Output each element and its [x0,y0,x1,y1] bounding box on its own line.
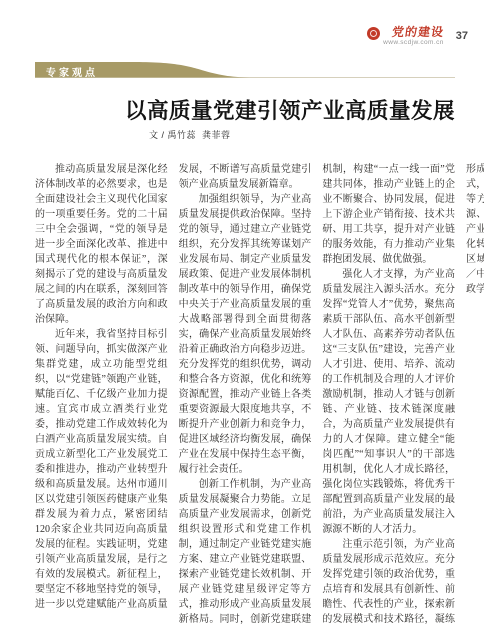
article-title: 以高质量党建引领产业高质量发展 [35,94,455,125]
magazine-seal-icon [367,27,380,40]
section-tag-label: 专家观点 [46,64,98,79]
article-byline: 文 / 禹竹蕊 龚菲蓉 [149,128,231,141]
section-ribbon: 专家观点 [35,62,455,80]
magazine-page: 党的建设 www.scdjw.com.cn 37 专家观点 以高质量党建引领产业… [0,0,484,640]
magazine-logo-title: 党的建设 [391,26,445,38]
page-number: 37 [456,30,468,42]
article-body: 推动高质量发展是深化经济体制改革的必然要求，也是全面建设社会主义现代化国家的一项… [35,162,455,634]
paragraph: 加强组织领导，为产业高质量发展提供政治保障。坚持党的领导，通过建立产业链党组织，… [179,192,312,477]
magazine-logo-url: www.scdjw.com.cn [383,40,444,47]
page-header: 党的建设 www.scdjw.com.cn 37 [367,26,468,47]
paragraph: 推动高质量发展是深化经济体制改革的必然要求，也是全面建设社会主义现代化国家的一项… [35,162,168,327]
paragraph: 强化人才支撑，为产业高质量发展注入源头活水。充分发挥“党管人才”优势，聚焦高素质… [322,267,455,537]
magazine-logo: 党的建设 www.scdjw.com.cn [367,26,444,47]
